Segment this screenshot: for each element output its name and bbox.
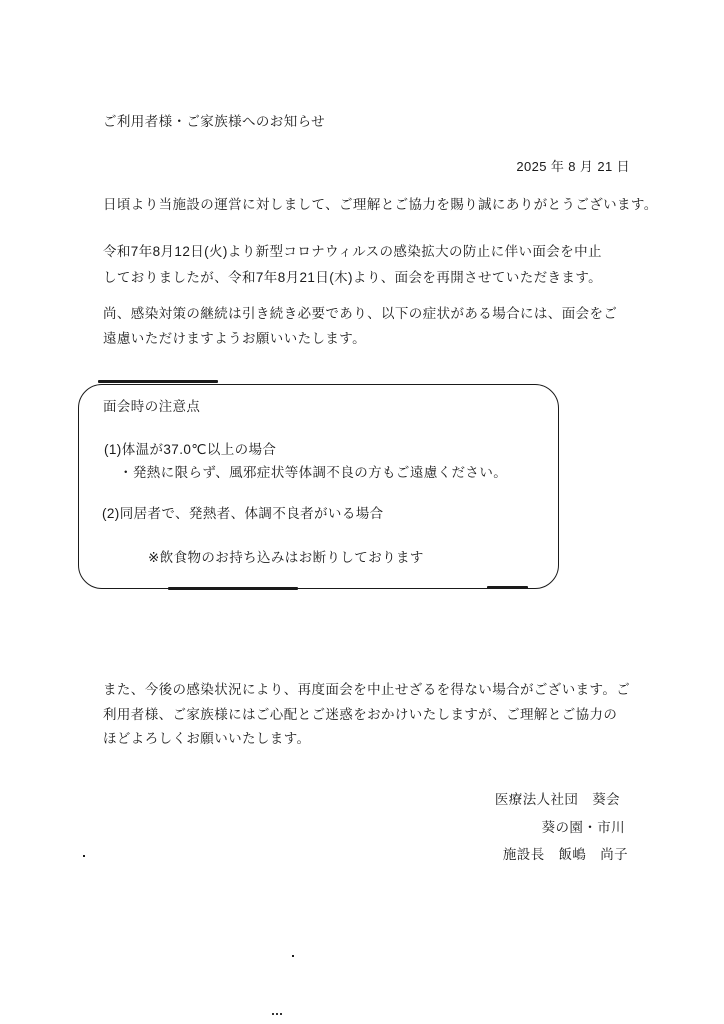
caution-paragraph-line-1: 尚、感染対策の継続は引き続き必要であり、以下の症状がある場合には、面会をご: [103, 305, 617, 322]
greeting-paragraph: 日頃より当施設の運営に対しまして、ご理解とご協力を賜り誠にありがとうございます。: [103, 196, 658, 213]
box-border-scan-artifact-bottom-left: [168, 587, 298, 590]
scan-speck-dot: [83, 855, 85, 857]
caution-paragraph-line-2: 遠慮いただけますようお願いいたします。: [103, 330, 366, 347]
scanned-notice-page: ご利用者様・ご家族様へのお知らせ 2025 年 8 月 21 日 日頃より当施設…: [0, 0, 724, 1024]
date-line: 2025 年 8 月 21 日: [516, 158, 630, 175]
food-restriction-note: ※飲食物のお持ち込みはお断りしております: [148, 549, 424, 566]
visit-rule-item-1: (1)体温が37.0℃以上の場合: [104, 441, 276, 458]
box-border-scan-artifact-bottom-right: [487, 586, 528, 589]
reopen-notice-line-1: 令和7年8月12日(火)より新型コロナウィルスの感染拡大の防止に伴い面会を中止: [103, 243, 602, 260]
visit-rules-heading: 面会時の注意点: [103, 398, 200, 415]
visit-rule-item-2: (2)同居者で、発熱者、体調不良者がいる場合: [102, 505, 384, 522]
closing-paragraph-line-2: 利用者様、ご家族様にはご心配とご迷惑をおかけいたしますが、ご理解とご協力の: [103, 706, 617, 723]
box-border-scan-artifact-top: [98, 380, 218, 383]
signature-facility: 葵の園・市川: [542, 819, 625, 836]
signature-director: 施設長 飯嶋 尚子: [503, 846, 628, 863]
closing-paragraph-line-1: また、今後の感染状況により、再度面会を中止せざるを得ない場合がございます。ご: [103, 681, 630, 698]
signature-organization: 医療法人社団 葵会: [495, 791, 620, 808]
reopen-notice-line-2: しておりましたが、令和7年8月21日(木)より、面会を再開させていただきます。: [103, 269, 602, 286]
visit-rule-item-1-note: ・発熱に限らず、風邪症状等体調不良の方もご遠慮ください。: [119, 464, 507, 481]
page-title: ご利用者様・ご家族様へのお知らせ: [103, 113, 325, 130]
scan-speck-dashes: [272, 1013, 284, 1015]
closing-paragraph-line-3: ほどよろしくお願いいたします。: [103, 730, 310, 747]
scan-speck-dot: [292, 955, 294, 957]
